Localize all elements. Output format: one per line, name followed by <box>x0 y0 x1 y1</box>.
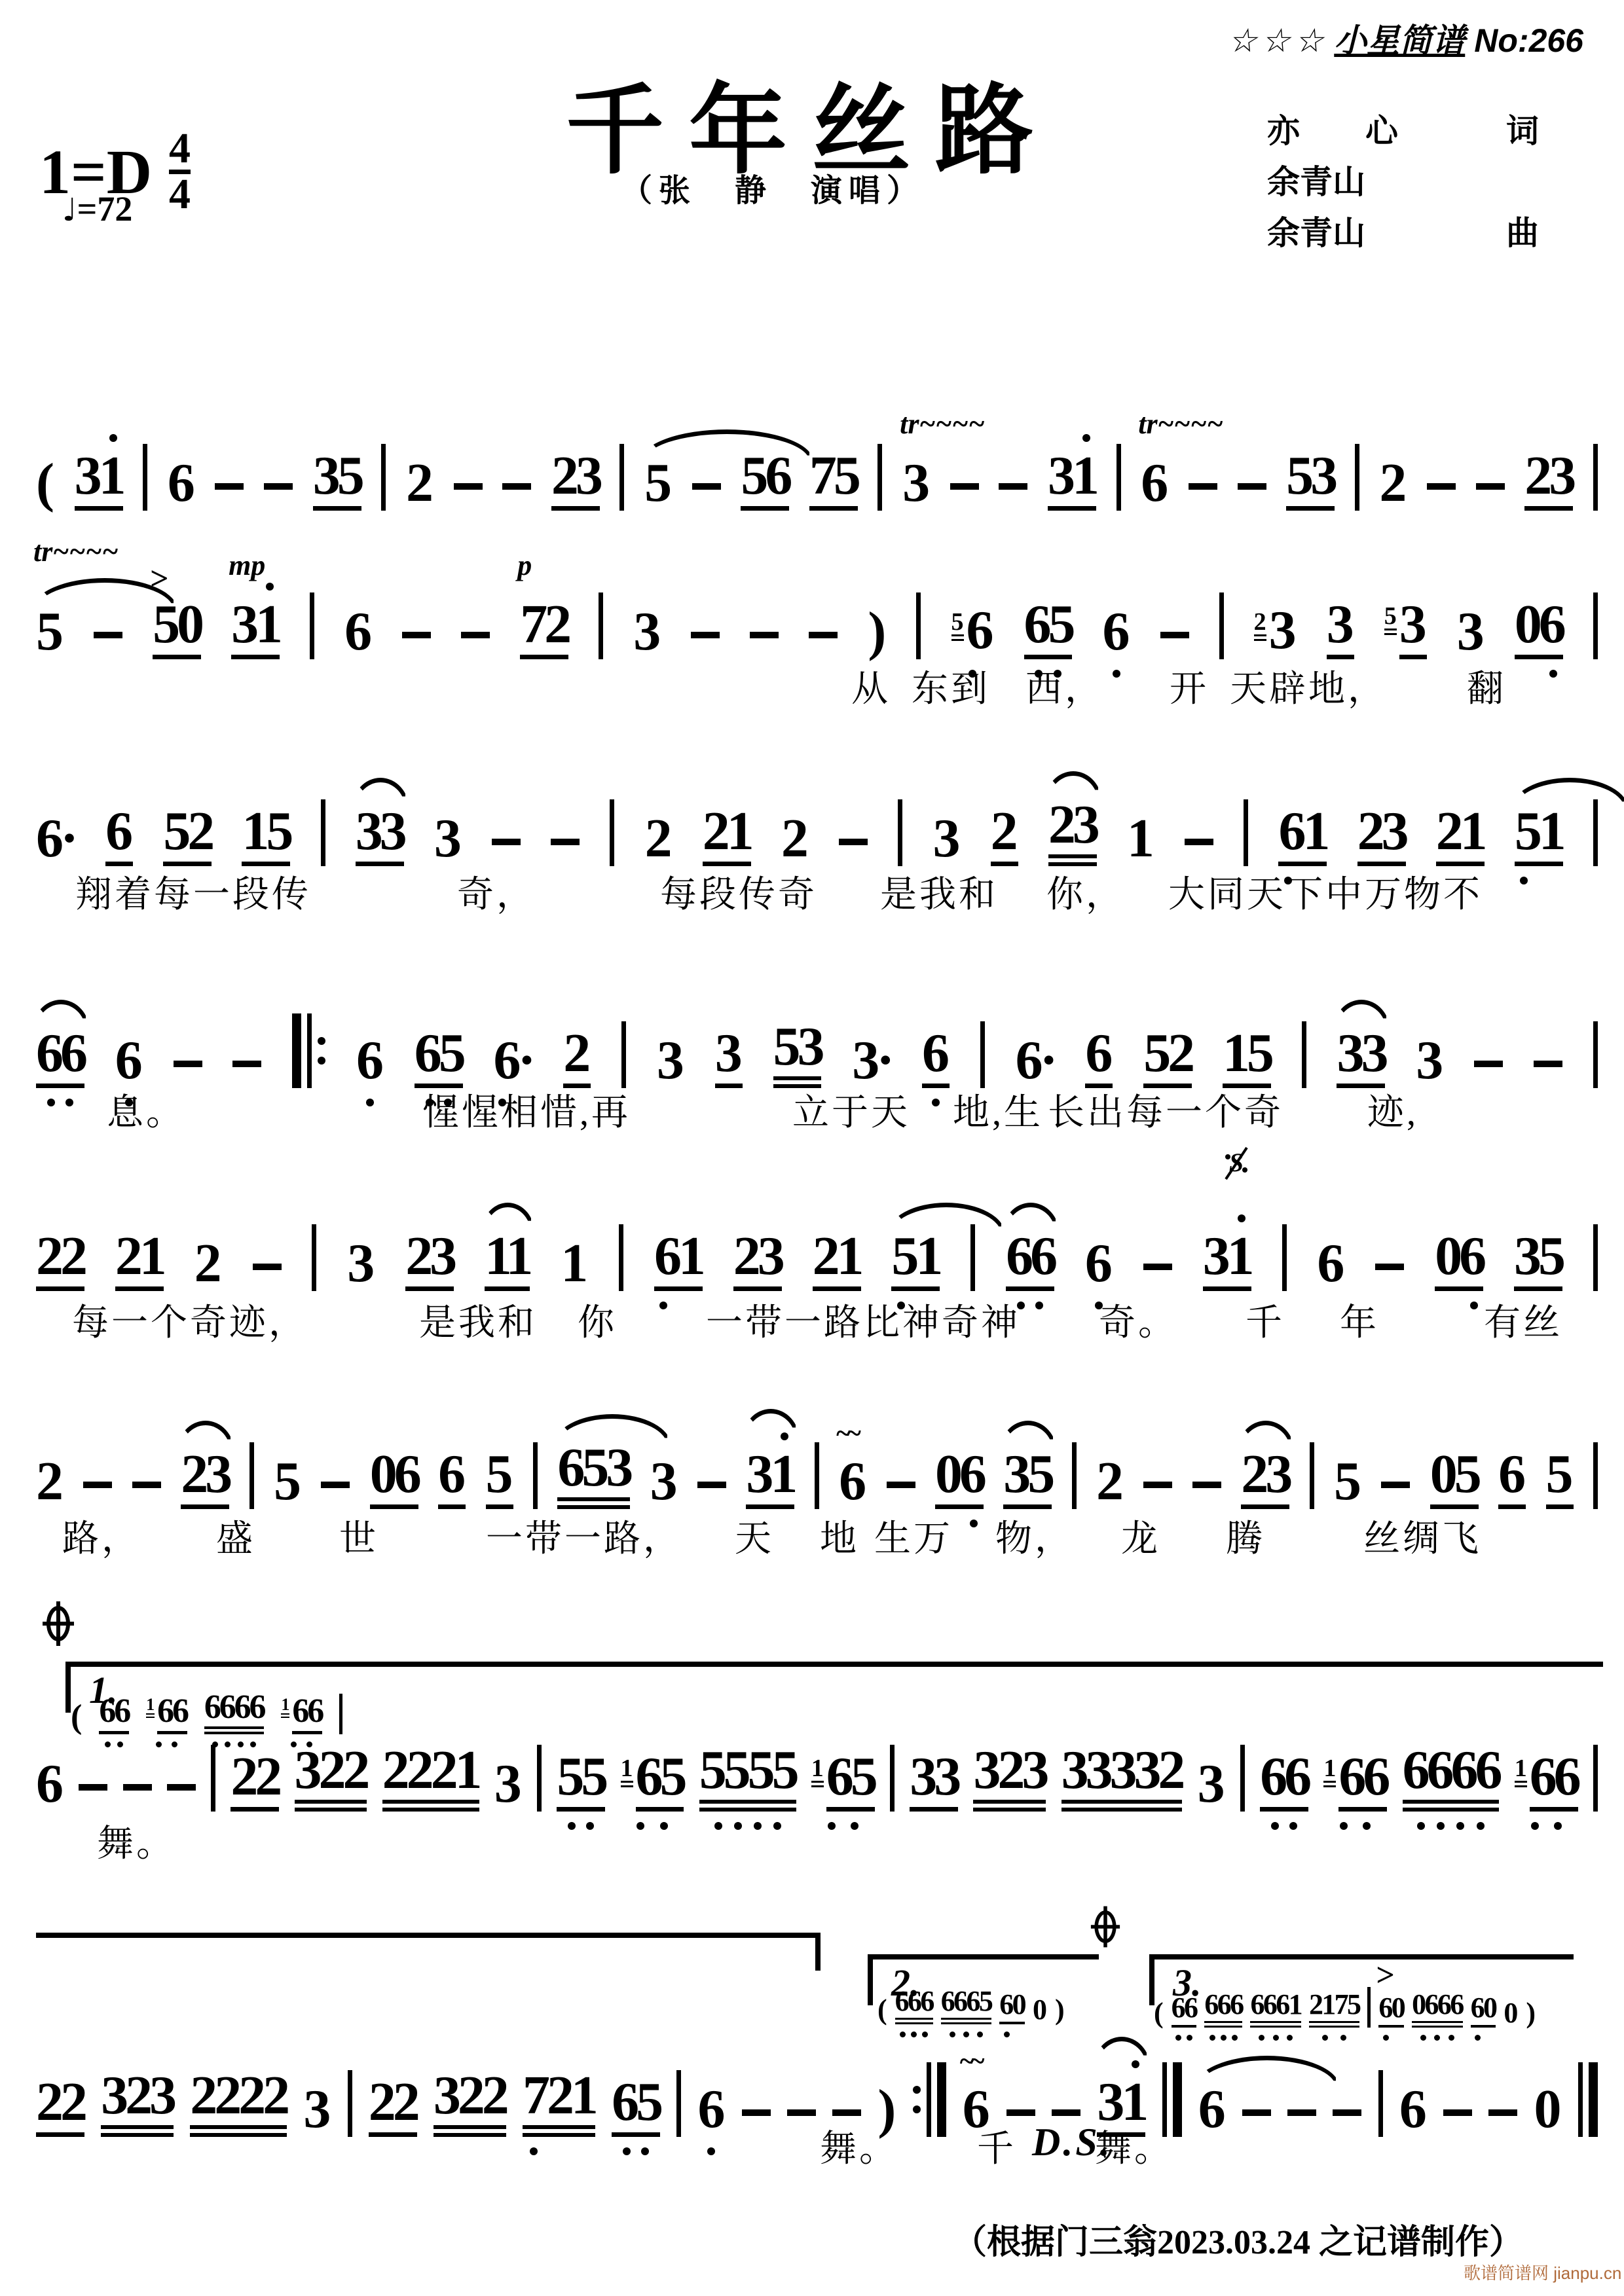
dash-rest <box>502 483 531 511</box>
lyric-syllable: 生万 <box>874 1510 953 1562</box>
note: 65 <box>415 1026 463 1088</box>
dash-rest <box>692 483 721 511</box>
paren-mark: ( <box>877 1995 887 2024</box>
note-digits: 2 <box>991 804 1018 866</box>
footer-note: （根据门三翁2023.03.24 之记谱制作） <box>953 2214 1523 2263</box>
note-digits: 55 <box>557 1749 605 1812</box>
note: 53 <box>773 1019 822 1088</box>
note-digits: 2 <box>1379 456 1407 511</box>
note: 33 <box>1337 1026 1385 1088</box>
note: 61 <box>1278 804 1327 866</box>
dash-rest <box>402 632 431 659</box>
dash-rest <box>1160 632 1189 659</box>
note-digits: 11 <box>485 1229 530 1291</box>
barline <box>1072 1442 1077 1509</box>
dash-rest <box>1476 483 1505 511</box>
note: 3 <box>1457 604 1485 659</box>
note: 6661 <box>1250 1990 1301 2028</box>
note-digits: 15 <box>1223 1026 1271 1088</box>
note-digits: 5 <box>486 1447 513 1509</box>
lyric-syllable: 有丝 <box>1484 1294 1562 1346</box>
note-digits: 31 <box>231 597 280 659</box>
slur-arc <box>999 1421 1057 1453</box>
dash-rest <box>950 483 979 511</box>
note-digits: 323 <box>973 1743 1046 1812</box>
note: 51 <box>891 1229 940 1291</box>
octave-dots-low <box>1472 2035 1494 2041</box>
note: 166 <box>1323 1749 1387 1812</box>
note: 6 <box>1103 604 1130 659</box>
note-digits: 5 <box>644 456 672 511</box>
note-digits: 6 <box>967 603 994 658</box>
note: 22 <box>36 1229 84 1291</box>
note-digits: 3 <box>633 604 661 659</box>
note: 2221 <box>382 1743 479 1812</box>
credits-block: 亦 心词余青山余青山曲 <box>1267 105 1539 258</box>
dash-rest <box>94 632 122 659</box>
note: 61 <box>654 1229 703 1291</box>
note: 6· <box>494 1033 533 1088</box>
note-digits: 51 <box>1515 804 1563 866</box>
dash-rest <box>839 839 868 866</box>
note-digits: 61 <box>1278 804 1327 866</box>
note: 35 <box>313 448 361 511</box>
slur-arc <box>1194 2056 1340 2088</box>
music-system-line-4: 6666656·233533·66·65215333 <box>36 1013 1598 1088</box>
barline <box>537 1745 542 1812</box>
note: tr~~~~5 <box>36 604 64 659</box>
music-system-line-7-pickup: (661666666166 <box>71 1690 490 1734</box>
dash-rest <box>253 1264 282 1291</box>
octave-dots-low <box>897 2032 931 2037</box>
note: 23 <box>1048 797 1097 866</box>
note-digits: 06 <box>935 1447 984 1509</box>
barline <box>1593 1745 1598 1812</box>
note: 6 <box>1085 1236 1113 1291</box>
octave-dots-low <box>1312 2035 1357 2041</box>
octave-dots-low <box>1001 2032 1024 2037</box>
note: 5 <box>486 1447 513 1509</box>
credit-row: 亦 心词 <box>1267 105 1539 152</box>
note: 666 <box>1204 1990 1242 2028</box>
lyric-syllable: 世 <box>339 1510 378 1562</box>
barline <box>619 1224 623 1291</box>
note-digits: 66 <box>292 1694 322 1734</box>
note-digits: 75 <box>809 448 858 511</box>
quarter-note-icon: ♩ <box>62 192 77 228</box>
note: 3 <box>1198 1757 1225 1812</box>
note-digits: 0666 <box>1412 1990 1462 2028</box>
note-digits: 2 <box>645 811 673 866</box>
note-digits: 21 <box>813 1229 861 1291</box>
note: 653 <box>557 1440 630 1509</box>
dash-rest <box>321 1482 350 1509</box>
note: tr~~~~6 <box>1141 456 1168 511</box>
note: 33332 <box>1061 1743 1183 1812</box>
dash-rest <box>1375 1264 1404 1291</box>
coda-icon <box>1089 1904 1122 1953</box>
note: 3 <box>434 811 462 866</box>
note-digits: 6 <box>115 1033 143 1088</box>
note: 2175 <box>1309 1990 1359 2028</box>
barline <box>599 592 603 659</box>
note-digits: 2 <box>406 456 434 511</box>
octave-dots-low <box>1380 2035 1403 2041</box>
dash-rest <box>551 839 580 866</box>
barline <box>381 444 386 511</box>
note: 6 <box>1498 1447 1526 1509</box>
note-digits: 6· <box>494 1033 533 1088</box>
lyric-syllable: 每段传奇 <box>660 866 817 918</box>
slur-arc <box>481 1203 535 1235</box>
note-digits: 3· <box>852 1033 891 1088</box>
note-digits: 50 <box>153 597 201 659</box>
note-digits: 33 <box>1337 1026 1385 1088</box>
note: 66 <box>1260 1749 1308 1812</box>
note-digits: 66 <box>1338 1749 1387 1812</box>
note-digits: 6661 <box>1250 1990 1301 2028</box>
note-digits: 23 <box>1524 448 1573 511</box>
repeat-dots <box>913 2086 921 2113</box>
note-digits: 6666 <box>204 1690 265 1734</box>
dash-rest <box>461 632 490 659</box>
credit-row: 余青山曲 <box>1267 207 1539 254</box>
barline <box>1282 1224 1287 1291</box>
note: 21 <box>1436 804 1485 866</box>
lyric-syllable: 你， <box>1046 866 1125 918</box>
note: 23 <box>405 1229 454 1291</box>
note: 31 <box>746 1447 794 1509</box>
dash-rest <box>750 632 779 659</box>
note: 6· <box>36 811 75 866</box>
note-digits: 66 <box>1006 1229 1054 1291</box>
lyric-syllable: 天 <box>735 1510 774 1562</box>
watermark: 歌谱简谱网 jianpu.cn <box>1464 2260 1621 2284</box>
lyric-syllable: 翔着每一段传 <box>75 866 311 918</box>
note-digits: 6 <box>1498 1447 1526 1509</box>
credit-role: 曲 <box>1506 207 1539 254</box>
dash-rest <box>454 483 483 511</box>
music-system-line-6: 22350665653331~~6063522350565 <box>36 1440 1598 1509</box>
note-digits: 23 <box>1241 1447 1289 1509</box>
note: 15 <box>1223 1026 1271 1088</box>
note: 5 <box>1334 1454 1361 1509</box>
music-system-line-1: (3163522355675tr~~~~331tr~~~~653223 <box>36 444 1598 511</box>
note: 2 <box>1096 1454 1124 1509</box>
barline <box>211 1745 215 1812</box>
note-digits: 6 <box>438 1447 466 1509</box>
dash-rest <box>1143 1482 1172 1509</box>
note: 6 <box>168 456 195 511</box>
note-digits: 66 <box>36 1026 84 1088</box>
note-digits: 22 <box>36 1229 84 1291</box>
note-digits: 6 <box>105 804 133 866</box>
barline <box>310 592 314 659</box>
dash-rest <box>809 632 838 659</box>
note-digits: 666 <box>895 1987 933 2024</box>
note-digits: 21 <box>115 1229 164 1291</box>
lyric-syllable: 路， <box>62 1510 141 1562</box>
trill-ornament: tr~~~~ <box>1138 410 1223 439</box>
note-digits: 6666 <box>1403 1743 1500 1812</box>
note-digits: 15 <box>242 804 290 866</box>
note-digits: 31 <box>746 1447 794 1509</box>
note-digits: 6 <box>922 1026 950 1088</box>
note-digits: 6 <box>1317 1236 1344 1291</box>
dash-rest <box>691 632 720 659</box>
lyric-syllable: 立于天 <box>792 1084 910 1136</box>
meter-fraction: 4 4 <box>169 128 191 215</box>
lyrics-line: 舞。 <box>0 1815 1624 1861</box>
credit-name: 余青山 <box>1267 156 1365 203</box>
note-digits: 66 <box>1260 1749 1308 1812</box>
grace-note: 2 <box>1254 610 1266 641</box>
slur-arc <box>1044 771 1102 803</box>
octave-dot-high <box>1082 434 1090 442</box>
note: 23 <box>1357 804 1406 866</box>
note-digits: 61 <box>654 1229 703 1291</box>
note: 23 <box>551 448 600 511</box>
octave-dots-low <box>1415 2035 1460 2041</box>
note-digits: 322 <box>295 1743 367 1812</box>
note: 6 <box>1317 1236 1344 1291</box>
dash-rest <box>1143 1264 1172 1291</box>
note: 55 <box>557 1749 605 1812</box>
lyric-syllable: 是我和 <box>880 866 998 918</box>
music-system-line-5: 2221232311161232151666S3160635 <box>36 1224 1598 1291</box>
note-digits: 3 <box>1399 597 1427 659</box>
dash-rest <box>999 483 1027 511</box>
note: 0 <box>1033 1995 1047 2024</box>
note: 0666 <box>1412 1990 1462 2028</box>
sheet-music-page: { "header": {"stars": "☆☆☆", "name": "小星… <box>0 0 1624 2296</box>
note-digits: 6 <box>168 456 195 511</box>
slur-arc <box>177 1421 234 1453</box>
note: 11 <box>485 1229 530 1291</box>
barline <box>621 1021 626 1088</box>
note: 5555 <box>699 1743 796 1812</box>
note-digits: 65 <box>1024 597 1073 659</box>
lyric-syllable: 舞。 <box>1095 2120 1173 2172</box>
note-digits: 65 <box>826 1749 875 1812</box>
note-digits: 2 <box>36 1454 64 1509</box>
note: p72 <box>520 597 568 659</box>
note-digits: 0 <box>1033 1995 1047 2024</box>
note-digits: 5 <box>36 604 64 659</box>
lyric-syllable: 千 <box>1246 1294 1285 1346</box>
lyrics-line: 翔着每一段传奇，每段传奇是我和你，大同天下中万物不 <box>0 866 1624 911</box>
issue-number: No:266 <box>1474 22 1583 59</box>
note: 52 <box>163 804 212 866</box>
slur-arc <box>1237 1421 1295 1453</box>
note-digits: 6 <box>1141 456 1168 511</box>
grace-note: 1 <box>1515 1756 1527 1787</box>
accent-mark: > <box>1376 1958 1395 1991</box>
repeat-begin-barline <box>292 1013 325 1088</box>
note-digits: 23 <box>181 1447 229 1509</box>
note-digits: 33332 <box>1061 1743 1183 1812</box>
note: 2 <box>406 456 434 511</box>
note-digits: 3 <box>1416 1033 1443 1088</box>
note: 2 <box>36 1454 64 1509</box>
note: 1 <box>1127 811 1154 866</box>
note: 6 <box>36 1757 64 1812</box>
performer-subtitle: （张 静 演唱） <box>544 165 1002 210</box>
lyric-syllable: 舞。 <box>97 1815 175 1867</box>
note-digits: 6 <box>1085 1236 1113 1291</box>
note-digits: 3 <box>902 456 930 511</box>
dash-rest <box>132 1482 161 1509</box>
note: 3 <box>715 1026 743 1088</box>
note: 6666 <box>204 1690 265 1734</box>
note-digits: 0 <box>1504 1999 1518 2028</box>
note: 2 <box>563 1026 591 1088</box>
note-digits: 23 <box>1357 804 1406 866</box>
dash-rest <box>492 839 521 866</box>
note: 166 <box>281 1694 322 1734</box>
mordent-ornament: ~~ <box>960 2048 981 2075</box>
note-digits: 65 <box>636 1749 684 1812</box>
note-digits: 66 <box>99 1694 129 1734</box>
note: 06 <box>1515 597 1563 659</box>
slur-arc <box>1511 778 1624 810</box>
note: 66 <box>36 1026 84 1088</box>
credit-row: 余青山 <box>1267 156 1539 203</box>
note: 56 <box>951 603 994 659</box>
note-digits: 3 <box>347 1236 375 1291</box>
grace-note: 1 <box>1323 1756 1336 1787</box>
note: ~~6 <box>839 1454 866 1509</box>
lyric-syllable: 大同天下中万物不 <box>1168 866 1483 918</box>
note: 323 <box>973 1743 1046 1812</box>
octave-dot-high <box>109 434 117 442</box>
lyric-syllable: 西， <box>1025 660 1104 712</box>
dash-rest <box>83 1482 112 1509</box>
dash-rest <box>1185 839 1213 866</box>
meter-denominator: 4 <box>169 170 191 215</box>
music-system-line-7: 6223222221355165555516533323333323661666… <box>36 1743 1598 1812</box>
note-digits: 2221 <box>382 1743 479 1812</box>
note: 23 <box>181 1447 229 1509</box>
note-digits: 21 <box>703 804 751 866</box>
note-digits: 6 <box>1085 1026 1113 1088</box>
lyric-syllable: 迹, <box>1367 1084 1418 1136</box>
note-digits: 66 <box>1530 1749 1578 1812</box>
note-digits: 31 <box>1048 448 1096 511</box>
octave-dots-low <box>1253 2035 1298 2041</box>
credit-name: 亦 心 <box>1267 105 1398 152</box>
coda-icon <box>41 1599 76 1652</box>
note-digits: 2175 <box>1309 1990 1359 2028</box>
music-system-volta2-notes: (6666665600) <box>877 1987 1087 2024</box>
note-digits: 3 <box>494 1757 522 1812</box>
note: 6 <box>922 1026 950 1088</box>
barline <box>1593 1442 1598 1509</box>
note: 6 <box>438 1447 466 1509</box>
lyric-syllable: 翻 <box>1467 660 1506 712</box>
note: 23 <box>1254 603 1297 659</box>
note: 21 <box>703 804 751 866</box>
note-digits: 2 <box>781 811 809 866</box>
slur-arc <box>553 1414 671 1446</box>
note: 2 <box>194 1236 222 1291</box>
lyric-syllable: 息。 <box>107 1084 185 1136</box>
slur-arc <box>352 778 409 810</box>
note: 5 <box>1546 1447 1574 1509</box>
note: 6 <box>1085 1026 1113 1088</box>
note-digits: 666 <box>1204 1990 1242 2028</box>
note: >50 <box>153 597 201 659</box>
note: tr~~~~3 <box>902 456 930 511</box>
note: 22 <box>231 1749 279 1812</box>
note: 6· <box>1016 1033 1055 1088</box>
grace-note: 1 <box>146 1696 155 1718</box>
note-digits: 60 <box>1378 1994 1404 2028</box>
lyric-syllable: 一带一路比神奇神 <box>706 1294 1020 1346</box>
note-digits: 3 <box>434 811 462 866</box>
barline <box>1240 1745 1245 1812</box>
lyrics-line: 舞。千D.S.舞。 <box>0 2120 1624 2166</box>
lyric-syllable: 长出每一个奇 <box>1048 1084 1283 1136</box>
note-digits: 2 <box>194 1236 222 1291</box>
note: 23 <box>733 1229 782 1291</box>
note: 52 <box>1143 1026 1192 1088</box>
note: 3· <box>852 1033 891 1088</box>
note: 60 <box>1471 1994 1496 2028</box>
credit-role: 词 <box>1506 105 1539 152</box>
note-digits: 31 <box>75 448 123 511</box>
barline <box>249 1442 254 1509</box>
note: 3 <box>932 811 960 866</box>
octave-dot-high <box>266 583 274 591</box>
dynamic-p: p <box>517 551 532 580</box>
note: 6 <box>344 604 372 659</box>
note-digits: 3 <box>657 1033 684 1088</box>
barline <box>1302 1021 1306 1088</box>
lyric-syllable: 盛 <box>216 1510 255 1562</box>
note-digits: 05 <box>1430 1447 1479 1509</box>
note: 0 <box>1504 1999 1518 2028</box>
note: 3 <box>347 1236 375 1291</box>
note: 53 <box>1384 597 1427 659</box>
barline <box>1219 592 1224 659</box>
lyrics-line: 息。惺惺相惜,再立于天地,生长出每一个奇迹, <box>0 1084 1624 1129</box>
tempo-marking: ♩=72 <box>62 189 132 229</box>
note: 3 <box>494 1757 522 1812</box>
barline <box>1355 444 1359 511</box>
barline <box>321 799 325 866</box>
lyrics-line: 路，盛世一带一路，天地生万物，龙腾丝绸飞 <box>0 1510 1624 1556</box>
note-digits: 33 <box>356 804 404 866</box>
note: 65 <box>1024 597 1073 659</box>
note: 21 <box>813 1229 861 1291</box>
note: 05 <box>1430 1447 1479 1509</box>
note: >60 <box>1378 1994 1404 2028</box>
note-digits: 66 <box>1172 1994 1197 2028</box>
publisher-name: 小星简谱 <box>1334 22 1465 59</box>
segno-icon: S <box>1222 1145 1251 1187</box>
dash-rest <box>1189 483 1217 511</box>
note-digits: 1 <box>1127 811 1154 866</box>
lyric-syllable: 物， <box>995 1510 1074 1562</box>
lyric-syllable: 地 <box>820 1510 859 1562</box>
barline <box>1593 1224 1598 1291</box>
note-digits: 6665 <box>941 1987 991 2024</box>
note-digits: 33 <box>910 1749 958 1812</box>
barline <box>970 1224 975 1291</box>
barline <box>1244 799 1248 866</box>
note: 56 <box>741 448 789 511</box>
